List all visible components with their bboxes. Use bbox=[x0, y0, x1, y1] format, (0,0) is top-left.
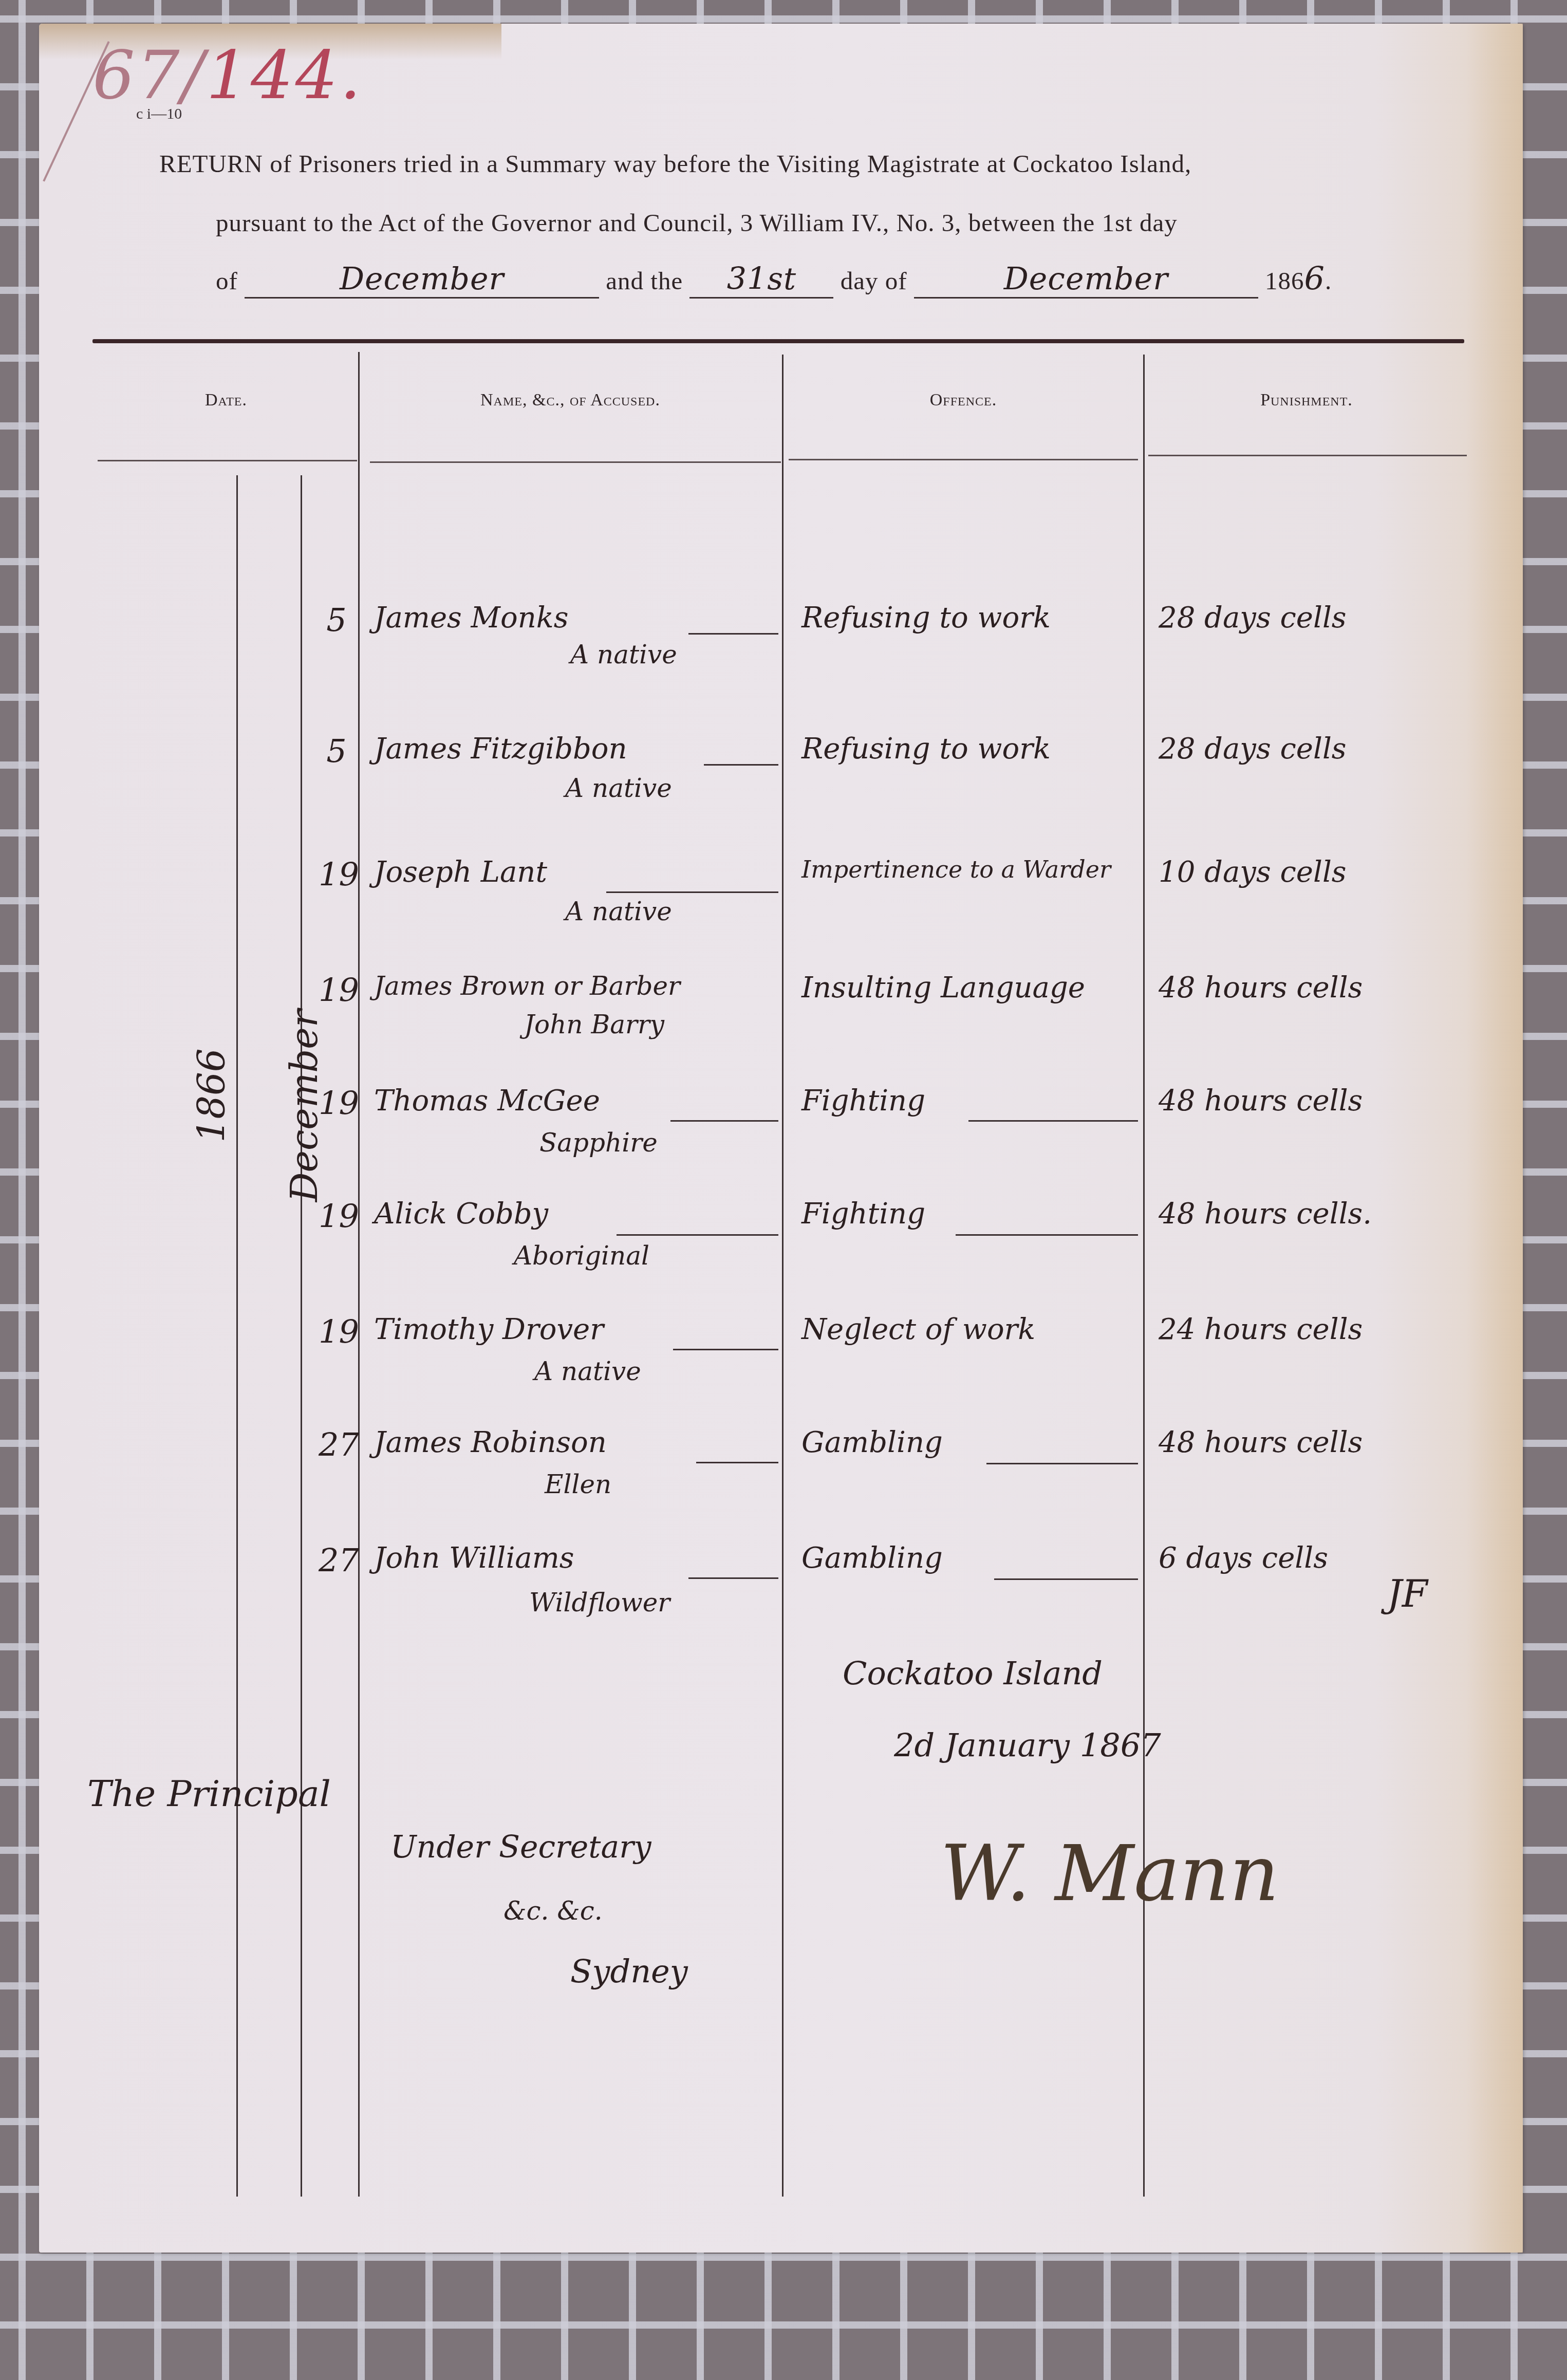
fill-dash bbox=[704, 764, 778, 766]
column-header-name: Name, &c., of Accused. bbox=[360, 391, 781, 410]
fill-dash bbox=[606, 891, 778, 893]
fill-dash bbox=[688, 633, 778, 635]
row-note: Aboriginal bbox=[514, 1241, 649, 1271]
paper-stain bbox=[1466, 24, 1523, 2253]
date-year: 1866 bbox=[190, 1048, 233, 1142]
to-month-field: December bbox=[914, 261, 1258, 299]
header-rule bbox=[92, 339, 1464, 343]
row-offence: Refusing to work bbox=[801, 732, 1051, 766]
row-offence: Refusing to work bbox=[801, 601, 1051, 635]
fill-dash bbox=[968, 1120, 1138, 1122]
row-note: Wildflower bbox=[529, 1588, 670, 1617]
reference-number-red: 144. bbox=[206, 36, 363, 114]
row-day: 19 bbox=[319, 971, 355, 1009]
signature: W. Mann bbox=[940, 1829, 1279, 1919]
row-note: A native bbox=[534, 1356, 641, 1386]
row-punishment: 48 hours cells bbox=[1159, 1426, 1363, 1459]
fill-dash bbox=[994, 1578, 1138, 1580]
row-offence: Neglect of work bbox=[801, 1313, 1035, 1346]
row-name: Thomas McGee bbox=[374, 1084, 600, 1118]
row-day: 5 bbox=[319, 601, 355, 639]
row-name: James Robinson bbox=[374, 1426, 607, 1459]
date-subdivider bbox=[236, 475, 238, 2197]
row-note: John Barry bbox=[524, 1010, 664, 1039]
row-note: Ellen bbox=[545, 1470, 611, 1499]
addressee-line-2: Under Secretary bbox=[390, 1829, 651, 1865]
heading-line-2: pursuant to the Act of the Governor and … bbox=[216, 208, 1178, 237]
row-offence: Fighting bbox=[801, 1084, 925, 1118]
header-underline bbox=[1148, 455, 1467, 456]
row-offence: Gambling bbox=[801, 1426, 943, 1459]
addressee-line-3: &c. &c. bbox=[503, 1896, 603, 1926]
row-punishment: 6 days cells bbox=[1159, 1541, 1328, 1575]
column-divider bbox=[1143, 355, 1145, 2197]
fill-dash bbox=[986, 1463, 1138, 1464]
to-day-field: 31st bbox=[689, 261, 833, 299]
heading-day-of-label: day of bbox=[841, 267, 907, 295]
reference-number: 67/144. bbox=[92, 36, 363, 114]
addressee-line-4: Sydney bbox=[570, 1953, 688, 1990]
header-underline bbox=[789, 459, 1138, 460]
row-punishment: 48 hours cells bbox=[1159, 971, 1363, 1005]
fill-dash bbox=[617, 1234, 778, 1236]
header-underline bbox=[370, 461, 781, 463]
column-header-offence: Offence. bbox=[783, 391, 1143, 410]
row-punishment: 48 hours cells. bbox=[1159, 1197, 1372, 1231]
row-offence: Gambling bbox=[801, 1541, 943, 1575]
fill-dash bbox=[688, 1577, 778, 1579]
row-offence: Fighting bbox=[801, 1197, 925, 1231]
row-offence: Impertinence to a Warder bbox=[801, 856, 1111, 883]
row-name: Timothy Drover bbox=[374, 1313, 604, 1346]
row-name: Joseph Lant bbox=[374, 856, 547, 889]
row-note: A native bbox=[565, 897, 672, 926]
initials-mark: JF bbox=[1387, 1572, 1428, 1615]
fill-dash bbox=[956, 1234, 1138, 1236]
heading-and-the-label: and the bbox=[606, 267, 683, 295]
year-suffix: . bbox=[1325, 267, 1332, 295]
row-day: 19 bbox=[319, 856, 355, 893]
row-note: A native bbox=[570, 640, 677, 670]
row-day: 27 bbox=[319, 1426, 355, 1463]
date-subdivider bbox=[301, 475, 302, 2197]
reference-prefix: 67/ bbox=[92, 36, 206, 114]
from-month-field: December bbox=[245, 261, 599, 299]
heading-of-label: of bbox=[216, 267, 238, 295]
row-day: 19 bbox=[319, 1197, 355, 1235]
row-day: 19 bbox=[319, 1084, 355, 1122]
row-name: James Monks bbox=[374, 601, 568, 635]
column-header-punishment: Punishment. bbox=[1145, 391, 1468, 410]
row-day: 19 bbox=[319, 1313, 355, 1350]
row-name: Alick Cobby bbox=[374, 1197, 548, 1231]
form-code: c i—10 bbox=[136, 105, 182, 123]
row-offence: Insulting Language bbox=[801, 971, 1085, 1005]
footer-date: 2d January 1867 bbox=[894, 1726, 1161, 1764]
header-underline bbox=[98, 460, 357, 461]
row-name: James Brown or Barber bbox=[374, 971, 680, 1001]
document-page bbox=[39, 24, 1523, 2253]
row-note: A native bbox=[565, 773, 672, 803]
row-punishment: 28 days cells bbox=[1159, 601, 1347, 635]
row-punishment: 10 days cells bbox=[1159, 856, 1347, 889]
fill-dash bbox=[670, 1120, 778, 1122]
fill-dash bbox=[673, 1349, 778, 1350]
row-punishment: 28 days cells bbox=[1159, 732, 1347, 766]
heading-line-1: RETURN of Prisoners tried in a Summary w… bbox=[159, 149, 1191, 178]
row-day: 27 bbox=[319, 1541, 355, 1579]
year-handwritten: 6 bbox=[1304, 259, 1325, 297]
row-punishment: 24 hours cells bbox=[1159, 1313, 1363, 1346]
row-punishment: 48 hours cells bbox=[1159, 1084, 1363, 1118]
heading-line-3: of December and the 31st day of December… bbox=[216, 259, 1332, 299]
row-name: James Fitzgibbon bbox=[374, 732, 627, 766]
fill-dash bbox=[696, 1462, 778, 1463]
row-name: John Williams bbox=[374, 1541, 574, 1575]
addressee-line-1: The Principal bbox=[87, 1773, 331, 1815]
column-divider bbox=[782, 355, 783, 2197]
row-day: 5 bbox=[319, 732, 355, 770]
row-note: Sapphire bbox=[539, 1128, 658, 1158]
column-divider bbox=[358, 352, 360, 2197]
footer-place: Cockatoo Island bbox=[843, 1654, 1103, 1692]
column-header-date: Date. bbox=[92, 391, 360, 410]
year-printed: 186 bbox=[1265, 267, 1304, 295]
